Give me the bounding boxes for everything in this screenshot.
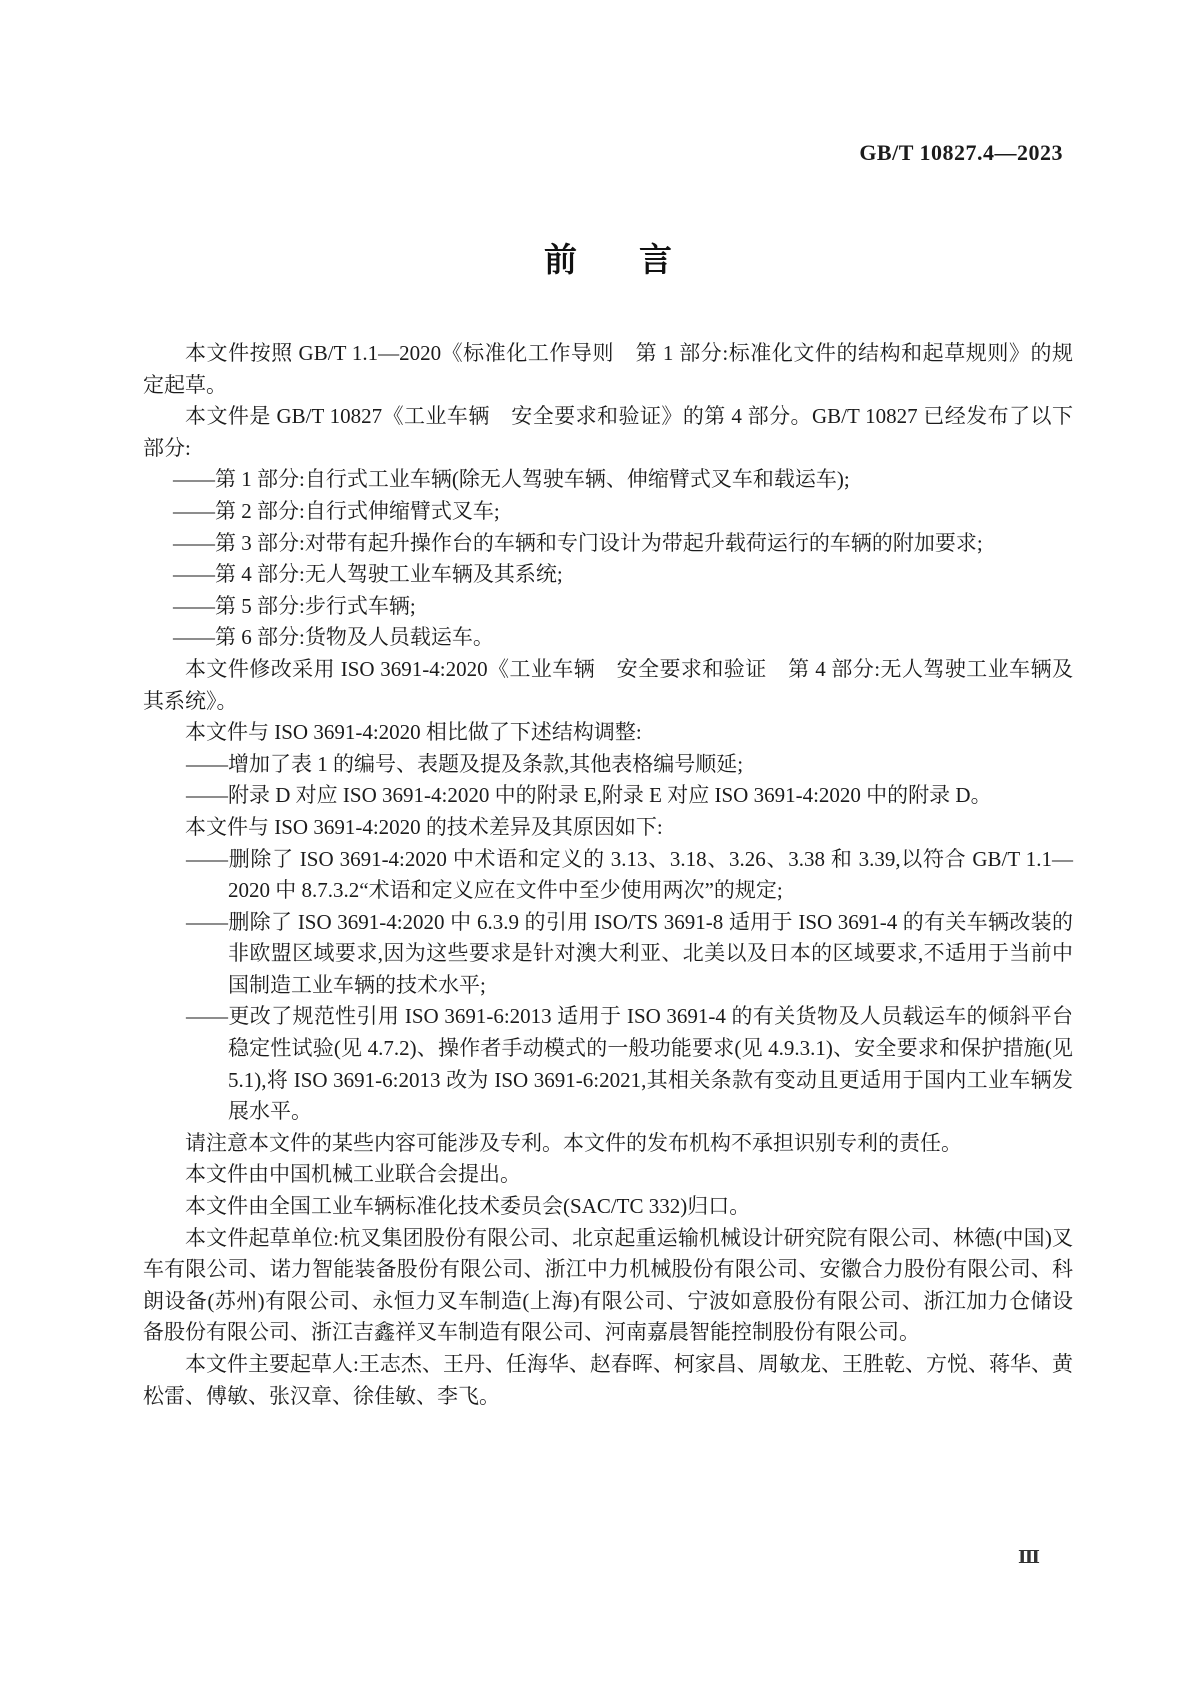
dash-list-item: ——第 6 部分:货物及人员载运车。	[143, 622, 1073, 654]
title-char-first: 前	[544, 241, 577, 278]
dash-list-item: ——删除了 ISO 3691-4:2020 中术语和定义的 3.13、3.18、…	[143, 844, 1073, 907]
paragraph: 本文件起草单位:杭叉集团股份有限公司、北京起重运输机械设计研究院有限公司、林德(…	[143, 1223, 1073, 1349]
page-title: 前言	[143, 234, 1073, 281]
standard-number-header: GB/T 10827.4—2023	[143, 140, 1063, 166]
dash-list-item: ——第 5 部分:步行式车辆;	[143, 591, 1073, 623]
paragraph: 请注意本文件的某些内容可能涉及专利。本文件的发布机构不承担识别专利的责任。	[143, 1128, 1073, 1160]
document-page: GB/T 10827.4—2023 前言 本文件按照 GB/T 1.1—2020…	[0, 0, 1191, 1685]
paragraph: 本文件按照 GB/T 1.1—2020《标准化工作导则 第 1 部分:标准化文件…	[143, 338, 1073, 401]
foreword-body: 本文件按照 GB/T 1.1—2020《标准化工作导则 第 1 部分:标准化文件…	[143, 338, 1073, 1412]
paragraph: 本文件是 GB/T 10827《工业车辆 安全要求和验证》的第 4 部分。GB/…	[143, 401, 1073, 464]
dash-list-item: ——第 1 部分:自行式工业车辆(除无人驾驶车辆、伸缩臂式叉车和载运车);	[143, 464, 1073, 496]
paragraph: 本文件主要起草人:王志杰、王丹、任海华、赵春晖、柯家昌、周敏龙、王胜乾、方悦、蒋…	[143, 1349, 1073, 1412]
dash-list-item: ——附录 D 对应 ISO 3691-4:2020 中的附录 E,附录 E 对应…	[143, 780, 1073, 812]
page-number: Ⅲ	[1018, 1547, 1041, 1568]
dash-list-item: ——第 4 部分:无人驾驶工业车辆及其系统;	[143, 559, 1073, 591]
dash-list-item: ——第 3 部分:对带有起升操作台的车辆和专门设计为带起升载荷运行的车辆的附加要…	[143, 528, 1073, 560]
dash-list-item: ——更改了规范性引用 ISO 3691-6:2013 适用于 ISO 3691-…	[143, 1001, 1073, 1127]
paragraph: 本文件修改采用 ISO 3691-4:2020《工业车辆 安全要求和验证 第 4…	[143, 654, 1073, 717]
dash-list-item: ——删除了 ISO 3691-4:2020 中 6.3.9 的引用 ISO/TS…	[143, 907, 1073, 1002]
title-char-second: 言	[639, 241, 672, 278]
dash-list-item: ——第 2 部分:自行式伸缩臂式叉车;	[143, 496, 1073, 528]
paragraph: 本文件与 ISO 3691-4:2020 相比做了下述结构调整:	[143, 717, 1073, 749]
paragraph: 本文件由中国机械工业联合会提出。	[143, 1159, 1073, 1191]
paragraph: 本文件与 ISO 3691-4:2020 的技术差异及其原因如下:	[143, 812, 1073, 844]
dash-list-item: ——增加了表 1 的编号、表题及提及条款,其他表格编号顺延;	[143, 749, 1073, 781]
paragraph: 本文件由全国工业车辆标准化技术委员会(SAC/TC 332)归口。	[143, 1191, 1073, 1223]
